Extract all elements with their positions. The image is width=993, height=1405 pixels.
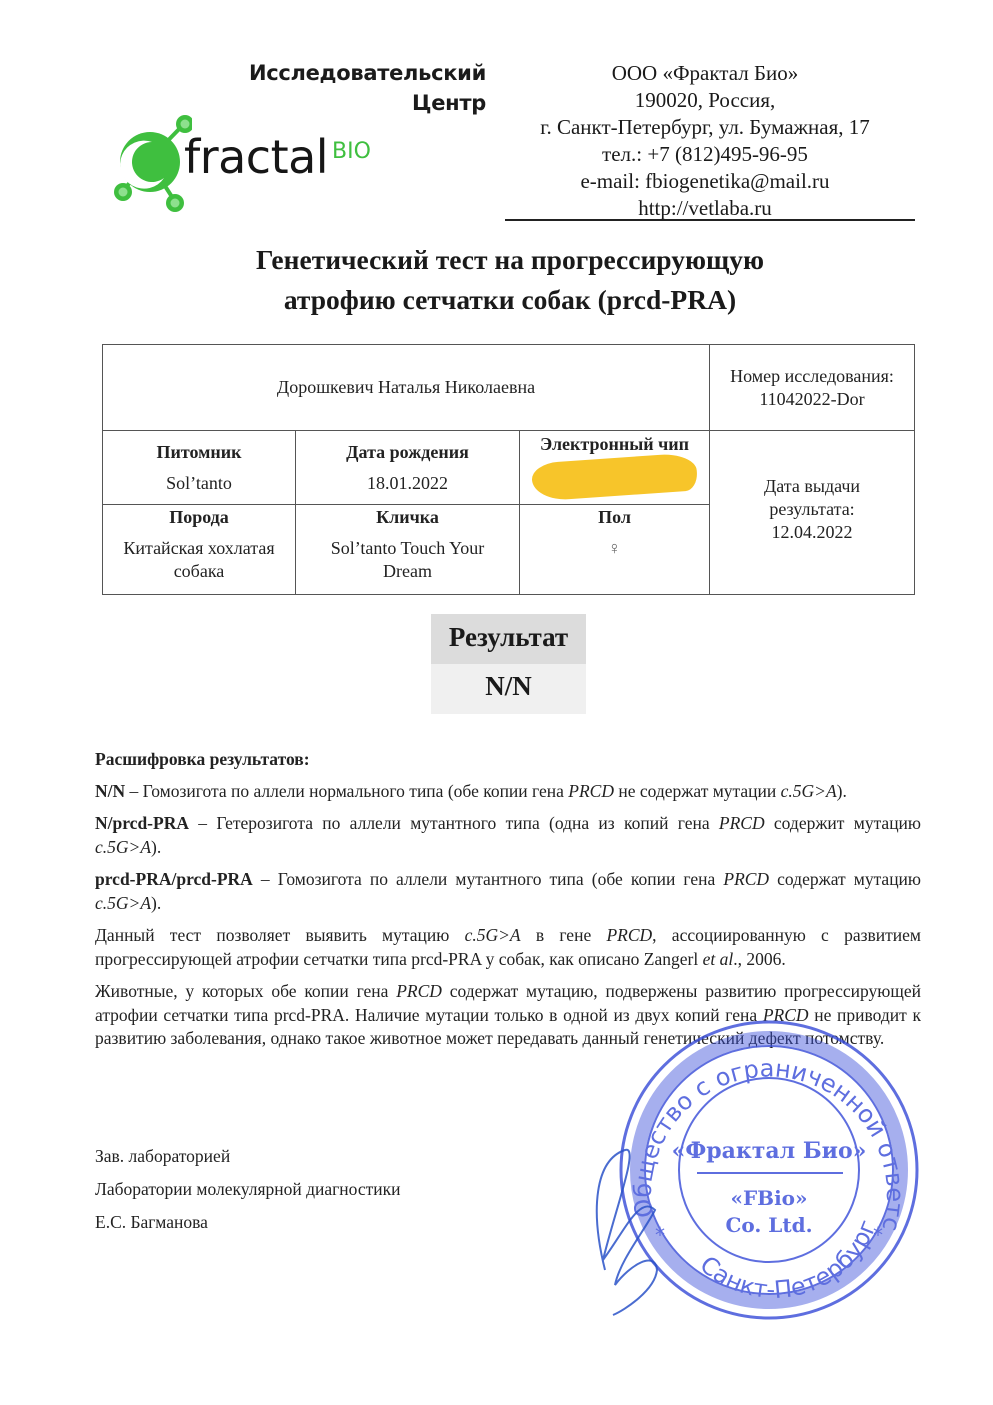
genotype-text: содержит мутацию	[765, 813, 921, 833]
citation-etal: et al	[703, 949, 734, 969]
kennel-cell: Питомник Sol’tanto	[103, 431, 296, 505]
issue-date-cell: Дата выдачи результата: 12.04.2022	[710, 431, 915, 595]
stamp-name-ru: «Фрактал Био»	[672, 1138, 867, 1164]
molecule-logo-icon	[112, 112, 192, 216]
sex-label: Пол	[524, 506, 705, 529]
company-name: ООО «Фрактал Био»	[505, 60, 905, 87]
patient-info-table: Дорошкевич Наталья Николаевна Номер иссл…	[102, 344, 915, 595]
gene-name: PRCD	[396, 981, 442, 1001]
gene-name: PRCD	[568, 781, 614, 801]
test-description: Данный тест позволяет выявить мутацию c.…	[95, 924, 921, 971]
paragraph-text: Данный тест позволяет выявить мутацию	[95, 925, 465, 945]
genotype-text: не содержат мутации	[614, 781, 781, 801]
gene-name: PRCD	[606, 925, 652, 945]
paragraph-text: Животные, у которых обе копии гена	[95, 981, 396, 1001]
chip-redaction	[531, 452, 698, 501]
fractal-bio-logo: fractal BIO	[112, 112, 382, 216]
genotype-nn: N/N – Гомозигота по аллели нормального т…	[95, 780, 921, 804]
postal-code: 190020, Россия,	[505, 87, 905, 114]
mutation-name: c.5G>A	[465, 925, 521, 945]
study-number-value: 11042022-Dor	[714, 388, 910, 411]
signer-name: Е.С. Багманова	[95, 1206, 515, 1239]
breed-label: Порода	[107, 506, 291, 529]
gene-name: PRCD	[723, 869, 769, 889]
birth-date-value: 18.01.2022	[300, 472, 515, 495]
genotype-prcd-prcd: prcd-PRA/prcd-PRA – Гомозигота по аллели…	[95, 868, 921, 915]
dog-name-label: Кличка	[300, 506, 515, 529]
birth-date-label: Дата рождения	[300, 441, 515, 464]
document-title: Генетический тест на прогрессирующую атр…	[150, 240, 870, 320]
dog-name-value: Sol’tanto Touch Your Dream	[300, 537, 515, 583]
company-email[interactable]: e-mail: fbiogenetika@mail.ru	[505, 168, 905, 195]
result-label: Результат	[431, 614, 586, 664]
genotype-code: N/prcd-PRA	[95, 813, 189, 833]
header-divider	[505, 219, 915, 221]
genotype-text: ).	[151, 893, 161, 913]
logo-bio-superscript: BIO	[332, 139, 371, 164]
logo-wordmark: fractal	[184, 130, 328, 184]
genotype-text: – Гомозигота по аллели нормального типа …	[125, 781, 568, 801]
signer-department: Лаборатории молекулярной диагностики	[95, 1173, 515, 1206]
paragraph-text: ., 2006.	[733, 949, 786, 969]
stamp-name-en: «FBio»	[730, 1186, 807, 1210]
company-contacts: ООО «Фрактал Био» 190020, Россия, г. Сан…	[505, 60, 905, 222]
stamp-star-icon: *	[655, 1223, 665, 1247]
title-line2: атрофию сетчатки собак (prcd-PRA)	[150, 280, 870, 320]
title-line1: Генетический тест на прогрессирующую	[150, 240, 870, 280]
genotype-n-prcd: N/prcd-PRA – Гетерозигота по аллели мута…	[95, 812, 921, 859]
female-icon: ♀	[524, 537, 705, 560]
company-stamp: Общество с ограниченной ответственностью…	[585, 1010, 925, 1330]
mutation-name: c.5G>A	[95, 893, 151, 913]
owner-cell: Дорошкевич Наталья Николаевна	[103, 345, 710, 431]
signature-block: Зав. лабораторией Лаборатории молекулярн…	[95, 1140, 515, 1239]
mutation-name: c.5G>A	[95, 837, 151, 857]
study-number-cell: Номер исследования: 11042022-Dor	[710, 345, 915, 431]
sex-cell: Пол ♀	[520, 505, 710, 595]
genotype-text: ).	[837, 781, 847, 801]
stamp-suffix: Co. Ltd.	[725, 1213, 812, 1237]
stamp-star-icon: *	[873, 1223, 883, 1247]
company-address: г. Санкт-Петербург, ул. Бумажная, 17	[505, 114, 905, 141]
research-center-title: Исследовательский Центр	[230, 58, 486, 118]
chip-label: Электронный чип	[524, 433, 705, 456]
kennel-label: Питомник	[107, 441, 291, 464]
company-phone: тел.: +7 (812)495-96-95	[505, 141, 905, 168]
genotype-code: prcd-PRA/prcd-PRA	[95, 869, 253, 889]
gene-name: PRCD	[719, 813, 765, 833]
signer-title: Зав. лабораторией	[95, 1140, 515, 1173]
mutation-name: c.5G>A	[781, 781, 837, 801]
breed-value: Китайская хохлатая собака	[107, 537, 291, 583]
paragraph-text: в гене	[521, 925, 607, 945]
breed-cell: Порода Китайская хохлатая собака	[103, 505, 296, 595]
explanation-heading: Расшифровка результатов:	[95, 748, 921, 772]
genotype-text: – Гомозигота по аллели мутантного типа (…	[253, 869, 724, 889]
genotype-text: содержат мутацию	[769, 869, 921, 889]
center-title-line1: Исследовательский	[230, 58, 486, 88]
chip-cell: Электронный чип	[520, 431, 710, 505]
dog-name-cell: Кличка Sol’tanto Touch Your Dream	[296, 505, 520, 595]
study-number-label: Номер исследования:	[714, 365, 910, 388]
result-box: Результат N/N	[431, 614, 586, 714]
genotype-code: N/N	[95, 781, 125, 801]
genotype-text: – Гетерозигота по аллели мутантного типа…	[189, 813, 719, 833]
owner-name: Дорошкевич Наталья Николаевна	[277, 377, 535, 397]
company-website[interactable]: http://vetlaba.ru	[505, 195, 905, 222]
birth-date-cell: Дата рождения 18.01.2022	[296, 431, 520, 505]
issue-date-label: Дата выдачи результата:	[752, 475, 872, 521]
issue-date-value: 12.04.2022	[714, 521, 910, 544]
result-value: N/N	[431, 664, 586, 714]
genotype-text: ).	[151, 837, 161, 857]
kennel-value: Sol’tanto	[107, 472, 291, 495]
